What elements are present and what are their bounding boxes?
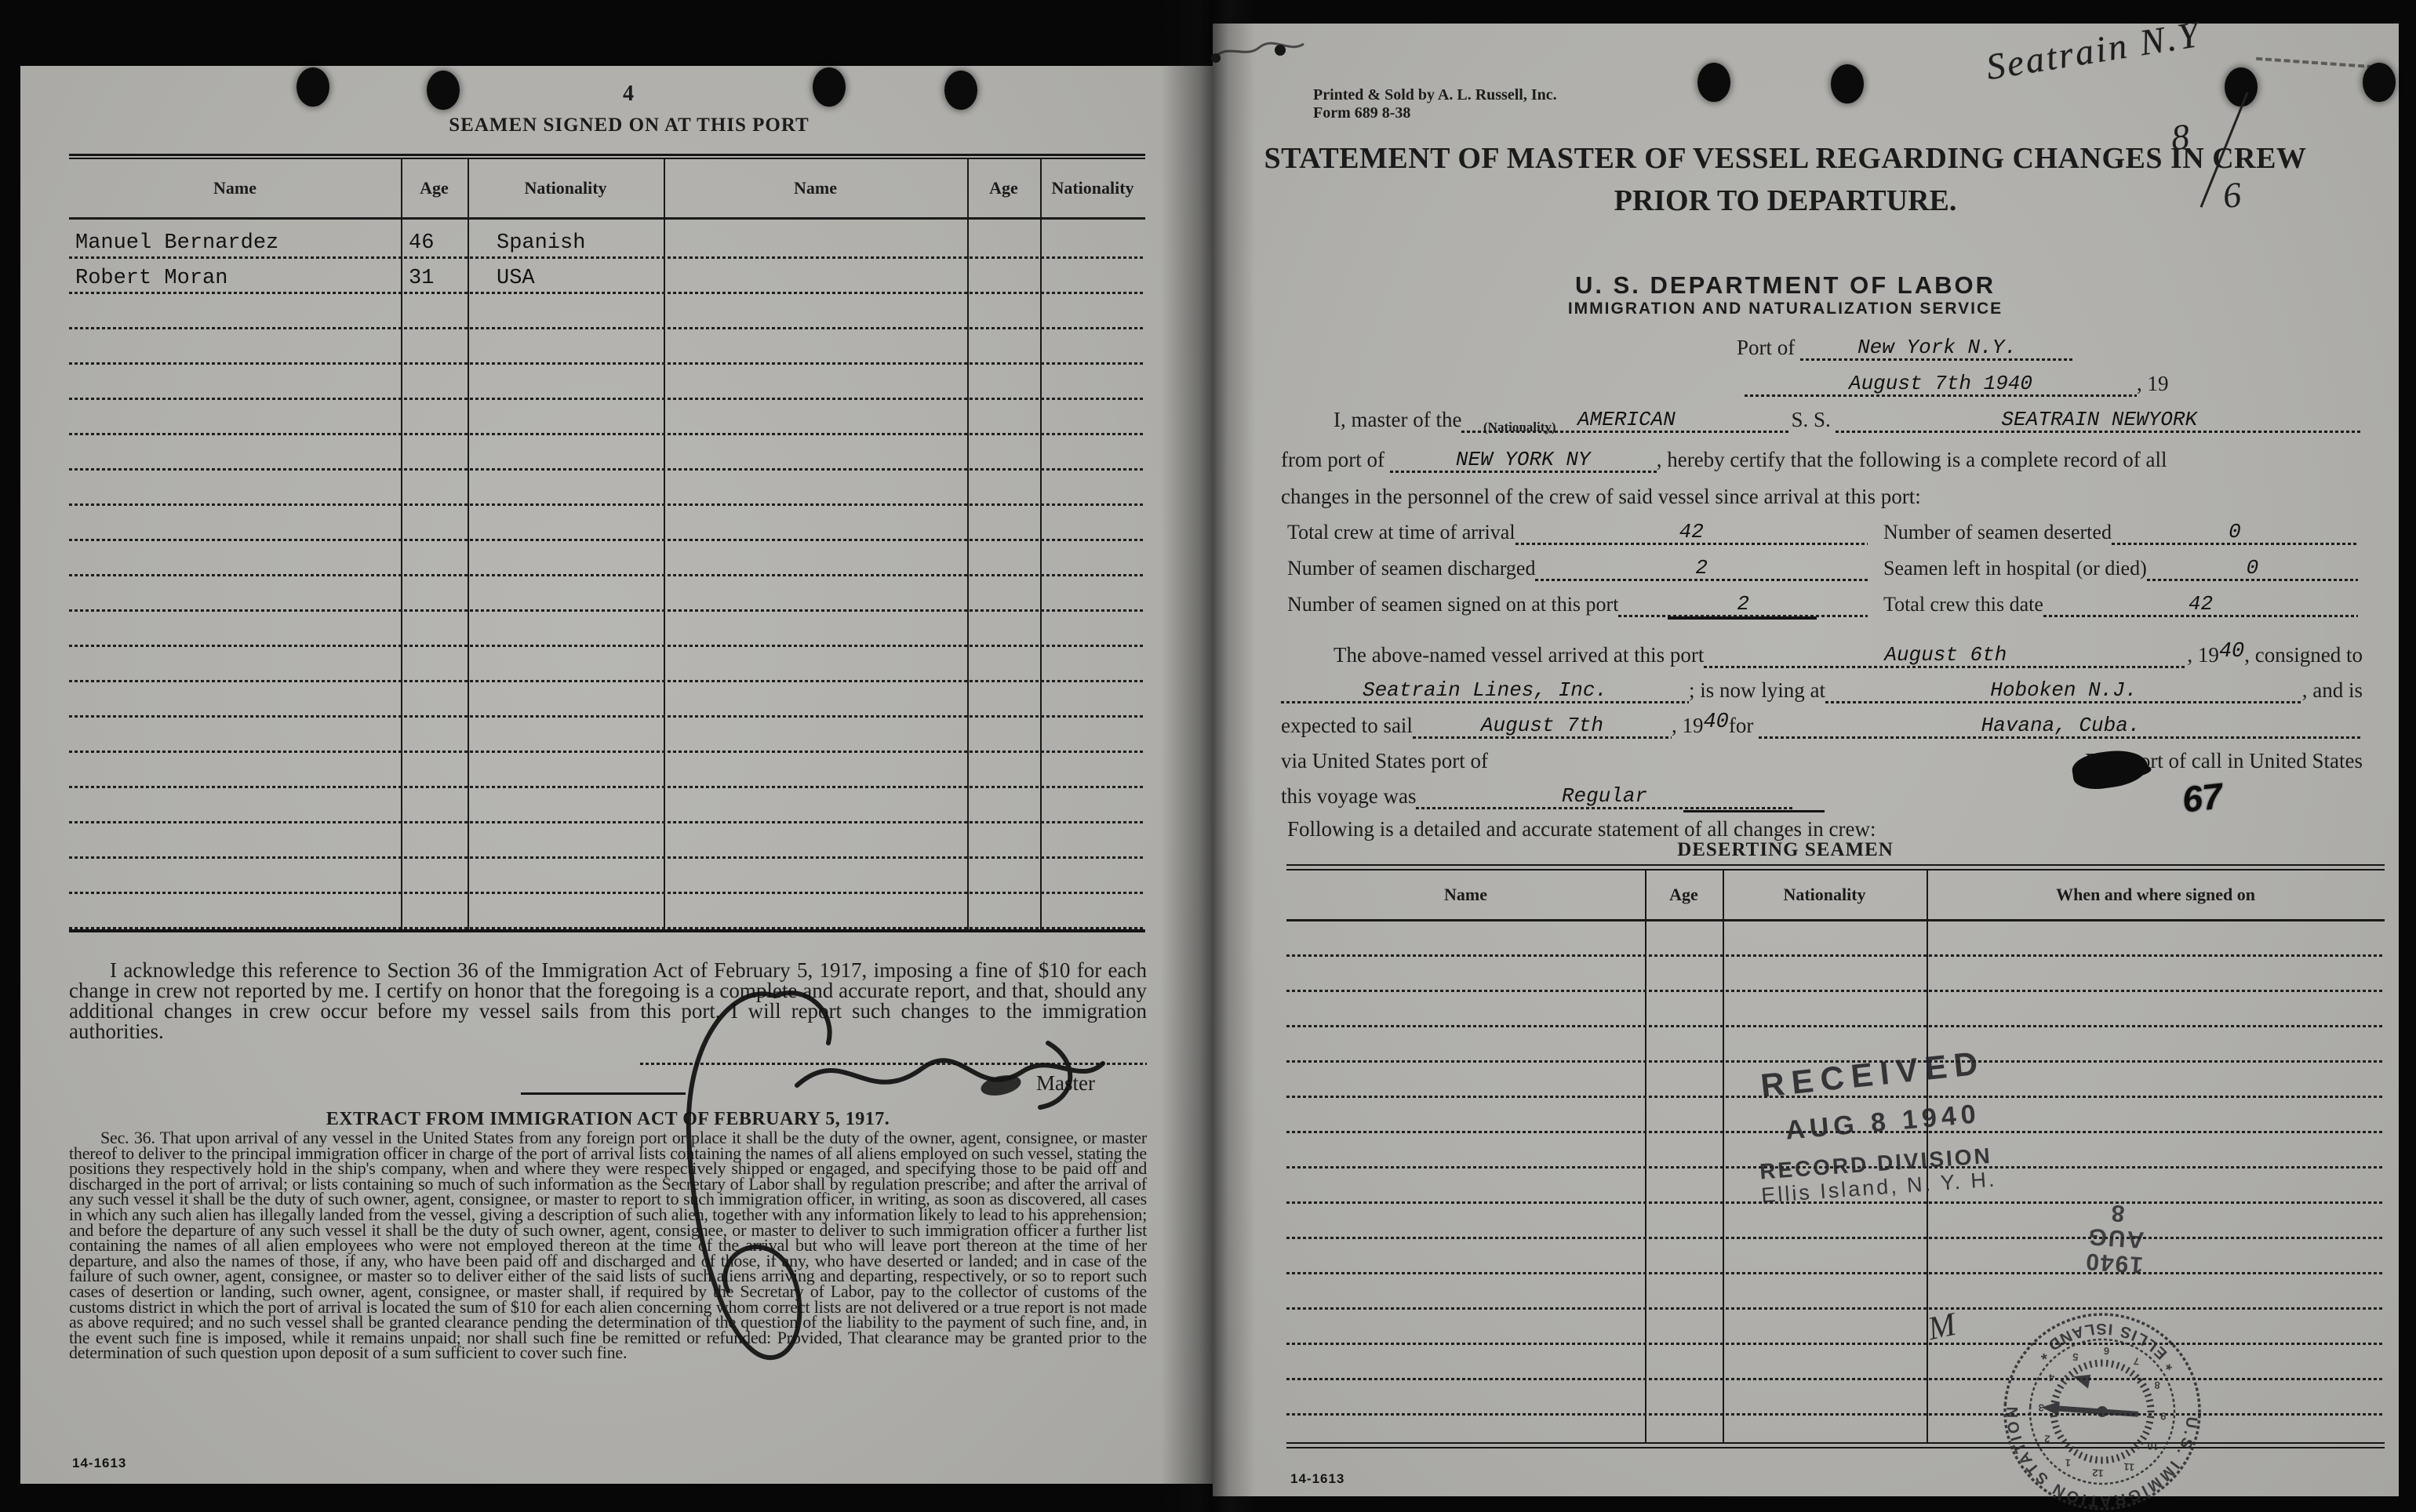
arrival-text: for: [1729, 714, 1753, 738]
stat-value: 0: [2247, 556, 2259, 580]
from-port-value: NEW YORK NY: [1456, 448, 1591, 471]
printer-line: Printed & Sold by A. L. Russell, Inc.: [1313, 86, 1557, 104]
cert-text: changes in the personnel of the crew of …: [1281, 485, 1921, 509]
stat-fill: 42: [1515, 522, 1868, 545]
arrival-text: , 19: [1672, 714, 1704, 738]
table-row: [1286, 992, 2385, 1027]
table-row: [1286, 1310, 2385, 1345]
table-bottom-rule: [1286, 1442, 2385, 1448]
table-top-rule: [69, 154, 1145, 159]
sail-date-fill: August 7th: [1413, 715, 1672, 739]
svg-text:8: 8: [2154, 1379, 2160, 1391]
date-fill: August 7th 1940: [1745, 373, 2137, 397]
stat-value: 0: [2229, 520, 2241, 543]
vessel-name: SEATRAIN NEWYORK: [2001, 408, 2197, 431]
stat-item: Seamen left in hospital (or died) 0: [1883, 557, 2358, 581]
extract-body: Sec. 36. That upon arrival of any vessel…: [69, 1130, 1147, 1361]
table-row: [69, 471, 1145, 506]
vessel-nationality: AMERICAN: [1577, 408, 1676, 431]
table-row: [1286, 1416, 2385, 1442]
table-row: [69, 612, 1145, 647]
ss-label: S. S.: [1791, 408, 1830, 432]
stat-value: 42: [1679, 520, 1704, 543]
column-header: Name: [69, 178, 401, 198]
table-bottom-rule: [69, 929, 1145, 932]
cert-text: from port of: [1281, 448, 1384, 472]
following-statement: Following is a detailed and accurate sta…: [1287, 817, 1876, 841]
svg-text:1: 1: [2065, 1456, 2071, 1468]
svg-text:7: 7: [2133, 1355, 2139, 1367]
lying-at: Hoboken N.J.: [1990, 678, 2137, 702]
svg-text:6: 6: [2103, 1345, 2109, 1357]
stat-item: Number of seamen deserted 0: [1883, 521, 2358, 545]
arrival-text: ; is now lying at: [1689, 678, 1825, 703]
table-row: Robert Moran 31 USA: [69, 259, 1145, 294]
seaman-nationality: Spanish: [497, 231, 585, 255]
stat-label: Number of seamen signed on at this port: [1287, 593, 1618, 616]
table-row: [69, 788, 1145, 823]
consignee-fill: Seatrain Lines, Inc.: [1281, 680, 1689, 703]
master-certification-line3: changes in the personnel of the crew of …: [1281, 485, 1921, 509]
table-row: [69, 823, 1145, 859]
following-text: Following is a detailed and accurate sta…: [1287, 817, 1876, 841]
table-row: [69, 365, 1145, 400]
signature-line: [640, 1063, 1147, 1065]
nationality-note: (Nationality): [1483, 420, 1556, 435]
consignee: Seatrain Lines, Inc.: [1363, 678, 1607, 702]
table-row: [1286, 1204, 2385, 1239]
column-header: When and where signed on: [1927, 885, 2385, 905]
arrival-text: , consigned to: [2244, 643, 2363, 667]
stat-label: Seamen left in hospital (or died): [1883, 557, 2147, 580]
table-row: [69, 506, 1145, 541]
punch-hole-icon: [2225, 67, 2258, 107]
table-row: [1286, 921, 2385, 957]
master-certification-line2: from port of NEW YORK NY , hereby certif…: [1281, 448, 2363, 473]
seaman-name: Robert Moran: [75, 267, 227, 290]
arrival-text: , 19: [2187, 643, 2219, 667]
cert-text: I, master of the: [1334, 408, 1461, 432]
port-label: Port of: [1737, 336, 1795, 360]
arrival-text: via United States port of: [1281, 749, 1488, 773]
form-number: 14-1613: [72, 1456, 126, 1471]
table-row: [69, 435, 1145, 471]
table-top-rule: [1286, 864, 2385, 870]
date-suffix: , 19: [2137, 372, 2169, 396]
stat-item: Total crew at time of arrival 42: [1287, 521, 1883, 545]
section-divider: [1683, 810, 1825, 812]
stat-value: 2: [1737, 592, 1749, 616]
form-title-line1: STATEMENT OF MASTER OF VESSEL REGARDING …: [1244, 141, 2327, 176]
stat-label: Total crew this date: [1883, 593, 2043, 616]
table-row: Manuel Bernardez 46 Spanish: [69, 220, 1145, 259]
stat-label: Number of seamen deserted: [1883, 521, 2112, 544]
extract-title: EXTRACT FROM IMMIGRATION ACT OF FEBRUARY…: [69, 1109, 1147, 1130]
voyage-type-fill: Regular: [1416, 786, 1792, 809]
sail-year: 40: [1703, 711, 1728, 734]
column-header: Name: [1286, 885, 1645, 905]
stat-value: 42: [2189, 592, 2213, 616]
table-row: [69, 576, 1145, 612]
column-header: Age: [1645, 885, 1723, 905]
page-number: 4: [20, 82, 1236, 107]
destination: Havana, Cuba.: [1981, 714, 2141, 737]
port-value: New York N.Y.: [1857, 336, 2017, 359]
arrival-date-fill: August 6th: [1704, 645, 2187, 668]
table-row: [1286, 1274, 2385, 1310]
table-body: Name Age Nationality Name Age Nationalit…: [69, 159, 1145, 929]
stat-fill: 42: [2043, 594, 2358, 617]
arrival-line2: Seatrain Lines, Inc. ; is now lying at H…: [1281, 678, 2363, 703]
arrival-text: this voyage was: [1281, 784, 1416, 809]
stat-value: 2: [1695, 556, 1708, 580]
arrival-line3: expected to sail August 7th , 19 40 for …: [1281, 714, 2363, 740]
stat-item: Total crew this date 42: [1883, 593, 2358, 617]
date-value: August 7th 1940: [1849, 372, 2032, 395]
svg-text:12: 12: [2092, 1467, 2104, 1479]
handwritten-vessel-name: Seatrain N.Y: [1983, 13, 2203, 89]
table-row: [69, 718, 1145, 753]
cert-text: , hereby certify that the following is a…: [1657, 448, 2167, 472]
arrival-year: 40: [2219, 640, 2244, 663]
arrival-text: , and is: [2302, 678, 2363, 703]
table-row: [1286, 1345, 2385, 1380]
column-header: Nationality: [468, 178, 664, 198]
arrival-line1: The above-named vessel arrived at this p…: [1334, 643, 2363, 669]
stat-fill: 2: [1535, 558, 1868, 581]
table-row: [69, 329, 1145, 365]
table-row: [69, 400, 1145, 435]
left-page: 4 SEAMEN SIGNED ON AT THIS PORT Name Age…: [20, 66, 1213, 1484]
arrival-line5: this voyage was Regular: [1281, 784, 1792, 809]
lying-at-fill: Hoboken N.J.: [1825, 680, 2302, 703]
left-page-title: SEAMEN SIGNED ON AT THIS PORT: [91, 114, 1167, 136]
seaman-age: 31: [409, 267, 434, 290]
table-row: [1286, 1380, 2385, 1416]
arrival-line4: via United States port of First port of …: [1281, 749, 2363, 773]
crew-stats-row: Total crew at time of arrival 42 Number …: [1287, 521, 2358, 545]
pencil-dash-mark: [2256, 57, 2374, 68]
table-row: [69, 294, 1145, 329]
date-line: August 7th 1940 , 19: [1745, 372, 2215, 397]
svg-text:2: 2: [2044, 1433, 2050, 1445]
table-row: [1286, 957, 2385, 992]
form-title-line2: PRIOR TO DEPARTURE.: [1244, 184, 2327, 218]
printer-line: Form 689 8-38: [1313, 104, 1557, 122]
master-label: Master: [1036, 1071, 1095, 1096]
section-divider: [1668, 616, 1817, 620]
seamen-signed-on-table: Name Age Nationality Name Age Nationalit…: [69, 154, 1145, 932]
acknowledgment-paragraph: I acknowledge this reference to Section …: [69, 960, 1147, 1041]
column-header: Name: [664, 178, 967, 198]
form-number: 14-1613: [1290, 1471, 1344, 1487]
punch-hole-icon: [1831, 64, 1864, 104]
seaman-name: Manuel Bernardez: [75, 231, 278, 255]
stat-label: Total crew at time of arrival: [1287, 521, 1515, 544]
deserting-seamen-title: DESERTING SEAMEN: [1244, 839, 2327, 861]
crew-stats-row: Number of seamen discharged 2 Seamen lef…: [1287, 557, 2358, 581]
stat-item: Number of seamen signed on at this port …: [1287, 593, 1883, 617]
table-header-row: Name Age Nationality When and where sign…: [1286, 870, 2385, 919]
sail-date: August 7th: [1481, 714, 1603, 737]
port-fill: New York N.Y.: [1800, 337, 2074, 361]
crew-stats-row: Number of seamen signed on at this port …: [1287, 593, 2358, 617]
seaman-age: 46: [409, 231, 434, 255]
inverted-date-stamp: 1940 AUG 8: [2070, 1197, 2161, 1278]
arrival-text: expected to sail: [1281, 714, 1413, 738]
seaman-nationality: USA: [497, 267, 535, 290]
svg-text:4: 4: [2047, 1372, 2054, 1384]
table-row: [1286, 1027, 2385, 1063]
column-header: Nationality: [1723, 885, 1927, 905]
table-row: [1286, 1239, 2385, 1274]
vessel-name-fill: SEATRAIN NEWYORK: [1836, 409, 2363, 433]
printer-imprint: Printed & Sold by A. L. Russell, Inc. Fo…: [1313, 86, 1557, 122]
destination-fill: Havana, Cuba.: [1759, 715, 2363, 739]
table-row: [69, 894, 1145, 929]
department-heading: U. S. DEPARTMENT OF LABOR: [1244, 271, 2327, 300]
immigration-station-clock-stamp: U.S. IMMIGRATION STATION * ELLIS ISLAND …: [2000, 1310, 2204, 1512]
table-row: [69, 541, 1145, 576]
stat-fill: 2: [1618, 594, 1868, 617]
divider-line: [521, 1092, 686, 1095]
stat-fill: 0: [2112, 522, 2358, 545]
punch-hole-icon: [2363, 63, 2396, 102]
table-row: [69, 859, 1145, 894]
stat-item: Number of seamen discharged 2: [1287, 557, 1883, 581]
arrival-date: August 6th: [1884, 643, 2007, 667]
stat-fill: 0: [2147, 558, 2358, 581]
right-page: Printed & Sold by A. L. Russell, Inc. Fo…: [1213, 24, 2399, 1496]
column-header: Nationality: [1040, 178, 1145, 198]
table-row: [69, 753, 1145, 788]
voyage-type: Regular: [1562, 784, 1647, 808]
port-line: Port of New York N.Y.: [1737, 336, 2074, 361]
svg-text:10: 10: [2147, 1440, 2159, 1452]
svg-text:9: 9: [2160, 1410, 2167, 1422]
stat-label: Number of seamen discharged: [1287, 557, 1535, 580]
service-heading: IMMIGRATION AND NATURALIZATION SERVICE: [1244, 300, 2327, 318]
table-row: [69, 682, 1145, 718]
column-header: Age: [967, 178, 1040, 198]
punch-hole-icon: [1697, 63, 1730, 102]
svg-text:5: 5: [2072, 1351, 2079, 1363]
svg-text:11: 11: [2123, 1461, 2135, 1474]
table-header-row: Name Age Nationality Name Age Nationalit…: [69, 159, 1145, 217]
arrival-text: The above-named vessel arrived at this p…: [1334, 643, 1704, 667]
pencil-scribble: [1208, 33, 1310, 72]
table-row: [69, 647, 1145, 682]
column-header: Age: [401, 178, 468, 198]
handwritten-number: 67: [2180, 774, 2225, 820]
document-scan: 4 SEAMEN SIGNED ON AT THIS PORT Name Age…: [0, 0, 2416, 1512]
from-port-fill: NEW YORK NY: [1390, 449, 1657, 473]
